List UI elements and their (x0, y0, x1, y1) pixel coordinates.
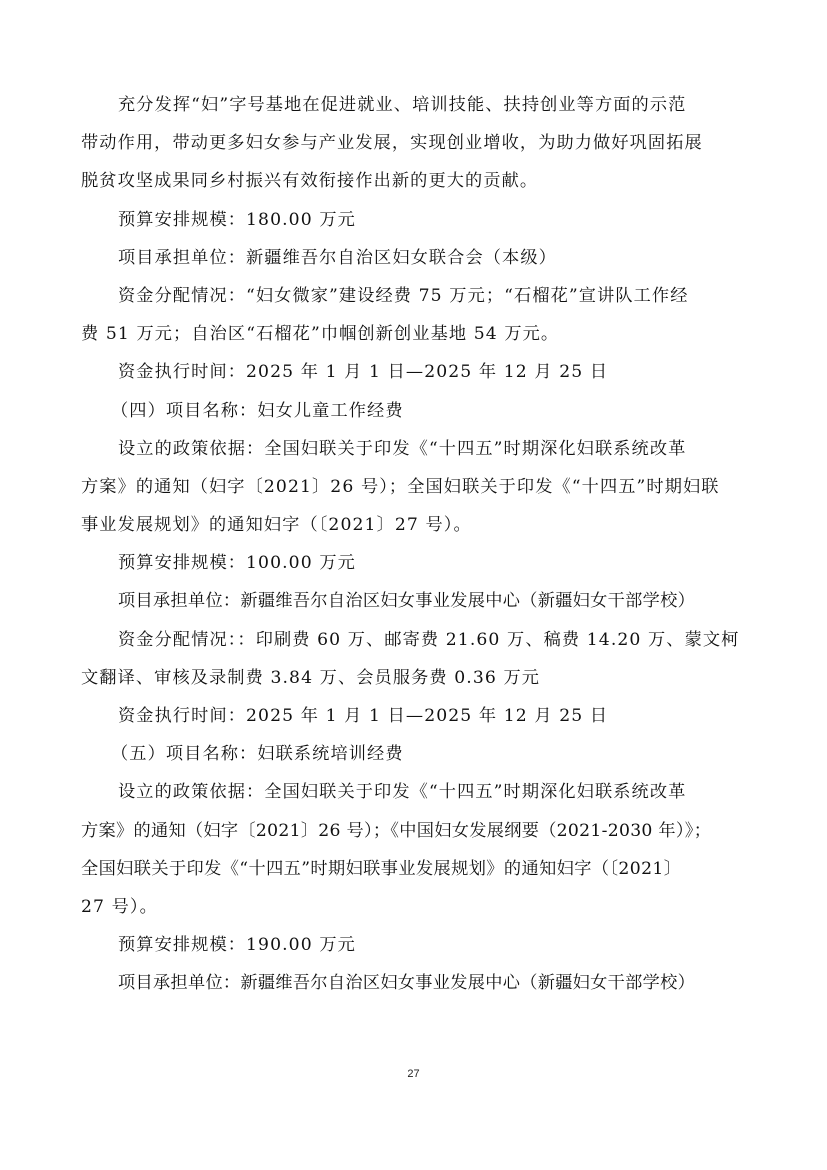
responsible-unit-line: 项目承担单位：新疆维吾尔自治区妇女事业发展中心（新疆妇女干部学校） (81, 964, 741, 1002)
body-text-line: 脱贫攻坚成果同乡村振兴有效衔接作出新的更大的贡献。 (81, 162, 741, 200)
section-heading: （五）项目名称：妇联系统培训经费 (81, 735, 741, 773)
policy-basis-line: 27 号）。 (81, 888, 741, 926)
page-number: 27 (0, 1068, 827, 1080)
policy-basis-line: 方案》的通知（妇字〔2021〕26 号）；全国妇联关于印发《“十四五”时期妇联 (81, 468, 741, 506)
fund-allocation-line: 资金分配情况：：印刷费 60 万、邮寄费 21.60 万、稿费 14.20 万、… (81, 621, 741, 659)
fund-allocation-line: 文翻译、审核及录制费 3.84 万、会员服务费 0.36 万元 (81, 659, 741, 697)
fund-allocation-line: 费 51 万元；自治区“石榴花”巾帼创新创业基地 54 万元。 (81, 315, 741, 353)
budget-scale-line: 预算安排规模：100.00 万元 (81, 544, 741, 582)
body-text-line: 充分发挥“妇”字号基地在促进就业、培训技能、扶持创业等方面的示范 (81, 86, 741, 124)
policy-basis-line: 设立的政策依据：全国妇联关于印发《“十四五”时期深化妇联系统改革 (81, 430, 741, 468)
body-text-line: 带动作用，带动更多妇女参与产业发展，实现创业增收，为助力做好巩固拓展 (81, 124, 741, 162)
execution-time-line: 资金执行时间：2025 年 1 月 1 日—2025 年 12 月 25 日 (81, 353, 741, 391)
policy-basis-line: 全国妇联关于印发《“十四五”时期妇联事业发展规划》的通知妇字（〔2021〕 (81, 850, 741, 888)
policy-basis-line: 事业发展规划》的通知妇字（〔2021〕27 号）。 (81, 506, 741, 544)
responsible-unit-line: 项目承担单位：新疆维吾尔自治区妇女联合会（本级） (81, 239, 741, 277)
policy-basis-line: 设立的政策依据：全国妇联关于印发《“十四五”时期深化妇联系统改革 (81, 773, 741, 811)
document-page: 充分发挥“妇”字号基地在促进就业、培训技能、扶持创业等方面的示范 带动作用，带动… (81, 86, 741, 1003)
responsible-unit-line: 项目承担单位：新疆维吾尔自治区妇女事业发展中心（新疆妇女干部学校） (81, 582, 741, 620)
fund-allocation-line: 资金分配情况：“妇女微家”建设经费 75 万元；“石榴花”宣讲队工作经 (81, 277, 741, 315)
execution-time-line: 资金执行时间：2025 年 1 月 1 日—2025 年 12 月 25 日 (81, 697, 741, 735)
section-heading: （四）项目名称：妇女儿童工作经费 (81, 392, 741, 430)
budget-scale-line: 预算安排规模：180.00 万元 (81, 201, 741, 239)
budget-scale-line: 预算安排规模：190.00 万元 (81, 926, 741, 964)
policy-basis-line: 方案》的通知（妇字〔2021〕26 号）；《中国妇女发展纲要（2021-2030… (81, 812, 741, 850)
